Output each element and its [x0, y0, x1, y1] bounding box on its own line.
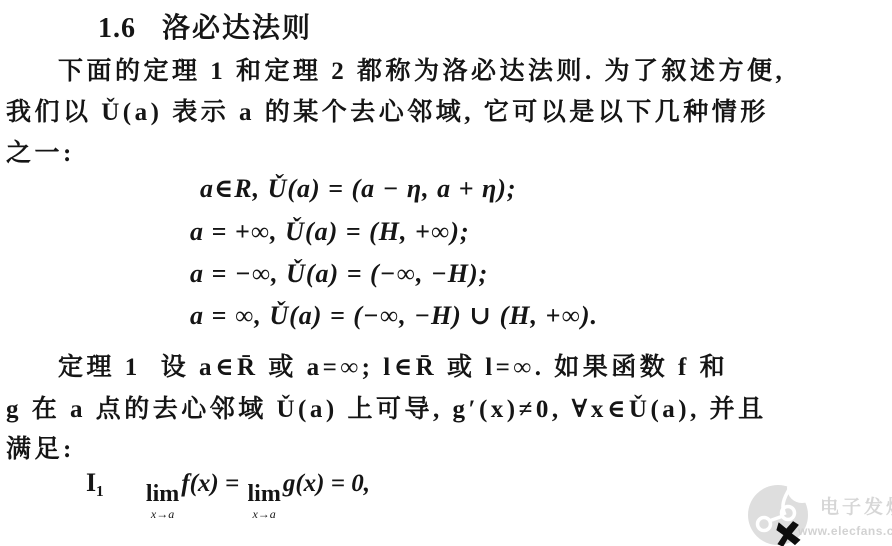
theorem-line-1: 定理 1设 a∈R̄ 或 a=∞; l∈R̄ 或 l=∞. 如果函数 f 和 — [58, 347, 728, 383]
g-expression: g(x) — [283, 470, 325, 497]
condition-label: I₁ — [86, 468, 104, 497]
condition-line: I₁limx→af(x) = limx→ag(x) = 0, — [86, 468, 370, 520]
watermark-brand-text: 电子发烧友 — [820, 492, 892, 519]
section-title: 洛必达法则 — [162, 13, 312, 44]
lim-subscript: x→a — [151, 508, 174, 520]
lim-text: lim — [146, 482, 179, 506]
f-expression: f(x) — [181, 470, 218, 497]
equals-zero: = 0, — [331, 470, 370, 497]
theorem-line-1-text: 设 a∈R̄ 或 a=∞; l∈R̄ 或 l=∞. 如果函数 f 和 — [161, 354, 728, 381]
equation-case-2: a = +∞, Ǔ(a) = (H, +∞); — [190, 217, 470, 247]
theorem-line-3: 满足: — [6, 429, 75, 465]
equals-sign: = — [225, 470, 239, 497]
limit-operator: limx→a — [146, 482, 179, 520]
equation-case-3: a = −∞, Ǔ(a) = (−∞, −H); — [190, 259, 488, 289]
section-number: 1.6 — [98, 13, 136, 44]
intro-line-1: 下面的定理 1 和定理 2 都称为洛必达法则. 为了叙述方便, — [58, 51, 785, 87]
watermark-url-text: www.elecfans.com — [798, 524, 892, 538]
theorem-label: 定理 1 — [58, 354, 141, 381]
theorem-line-2: g 在 a 点的去心邻域 Ǔ(a) 上可导, g′(x)≠0, ∀x∈Ǔ(a),… — [6, 389, 767, 425]
intro-line-3: 之一: — [6, 133, 75, 169]
equation-case-1: a∈R, Ǔ(a) = (a − η, a + η); — [200, 174, 517, 204]
equation-case-4: a = ∞, Ǔ(a) = (−∞, −H) ∪ (H, +∞). — [190, 301, 598, 331]
intro-line-2: 我们以 Ǔ(a) 表示 a 的某个去心邻域, 它可以是以下几种情形 — [6, 92, 769, 128]
lim-subscript: x→a — [252, 508, 275, 520]
lim-text: lim — [247, 482, 280, 506]
section-heading: 1.6洛必达法则 — [98, 6, 312, 46]
limit-operator: limx→a — [247, 482, 280, 520]
